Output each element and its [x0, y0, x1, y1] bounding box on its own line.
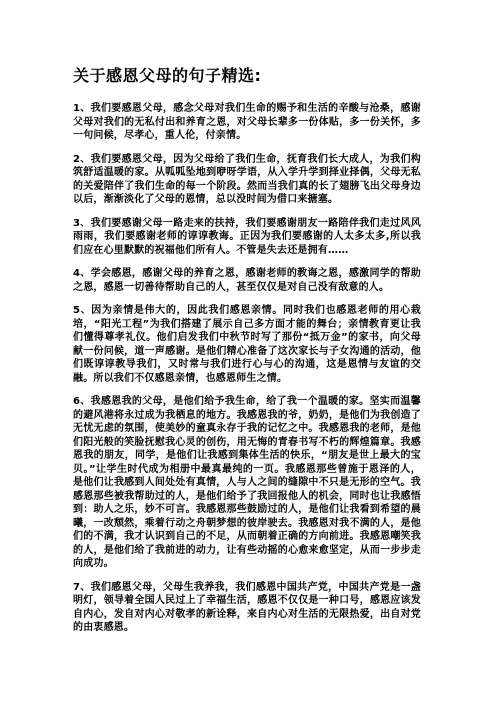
document-content: 关于感恩父母的句子精选: 1、我们要感恩父母，感念父母对我们生命的赐予和生活的辛… [73, 66, 421, 645]
paragraph-5: 5、因为亲情是伟大的，因此我们感恩亲情。同时我们也感恩老师的用心栽培，“阳光工程… [73, 304, 421, 385]
paragraph-3: 3、我们要感谢父母一路走来的扶持，我们要感谢朋友一路陪伴我们走过风风雨雨，我们要… [73, 217, 421, 258]
paragraph-1: 1、我们要感恩父母，感念父母对我们生命的赐予和生活的辛酸与沧桑，感谢父母对我们的… [73, 102, 421, 143]
paragraph-4: 4、学会感恩，感谢父母的养育之恩，感谢老师的教诲之恩，感激同学的帮助之恩，感恩一… [73, 267, 421, 294]
paragraph-6: 6、我感恩我的父母，是他们给予我生命，给了我一个温暖的家。坚实而温馨的避风港将永… [73, 395, 421, 571]
paragraph-7: 7、我们感恩父母，父母生我养我，我们感恩中国共产党，中国共产党是一盏明灯，领导着… [73, 581, 421, 635]
paragraph-2: 2、我们要感恩父母，因为父母给了我们生命，抚育我们长大成人，为我们构筑舒适温暖的… [73, 153, 421, 207]
document-title: 关于感恩父母的句子精选: [73, 66, 421, 85]
document-page: 关于感恩父母的句子精选: 1、我们要感恩父母，感念父母对我们生命的赐予和生活的辛… [0, 0, 496, 702]
